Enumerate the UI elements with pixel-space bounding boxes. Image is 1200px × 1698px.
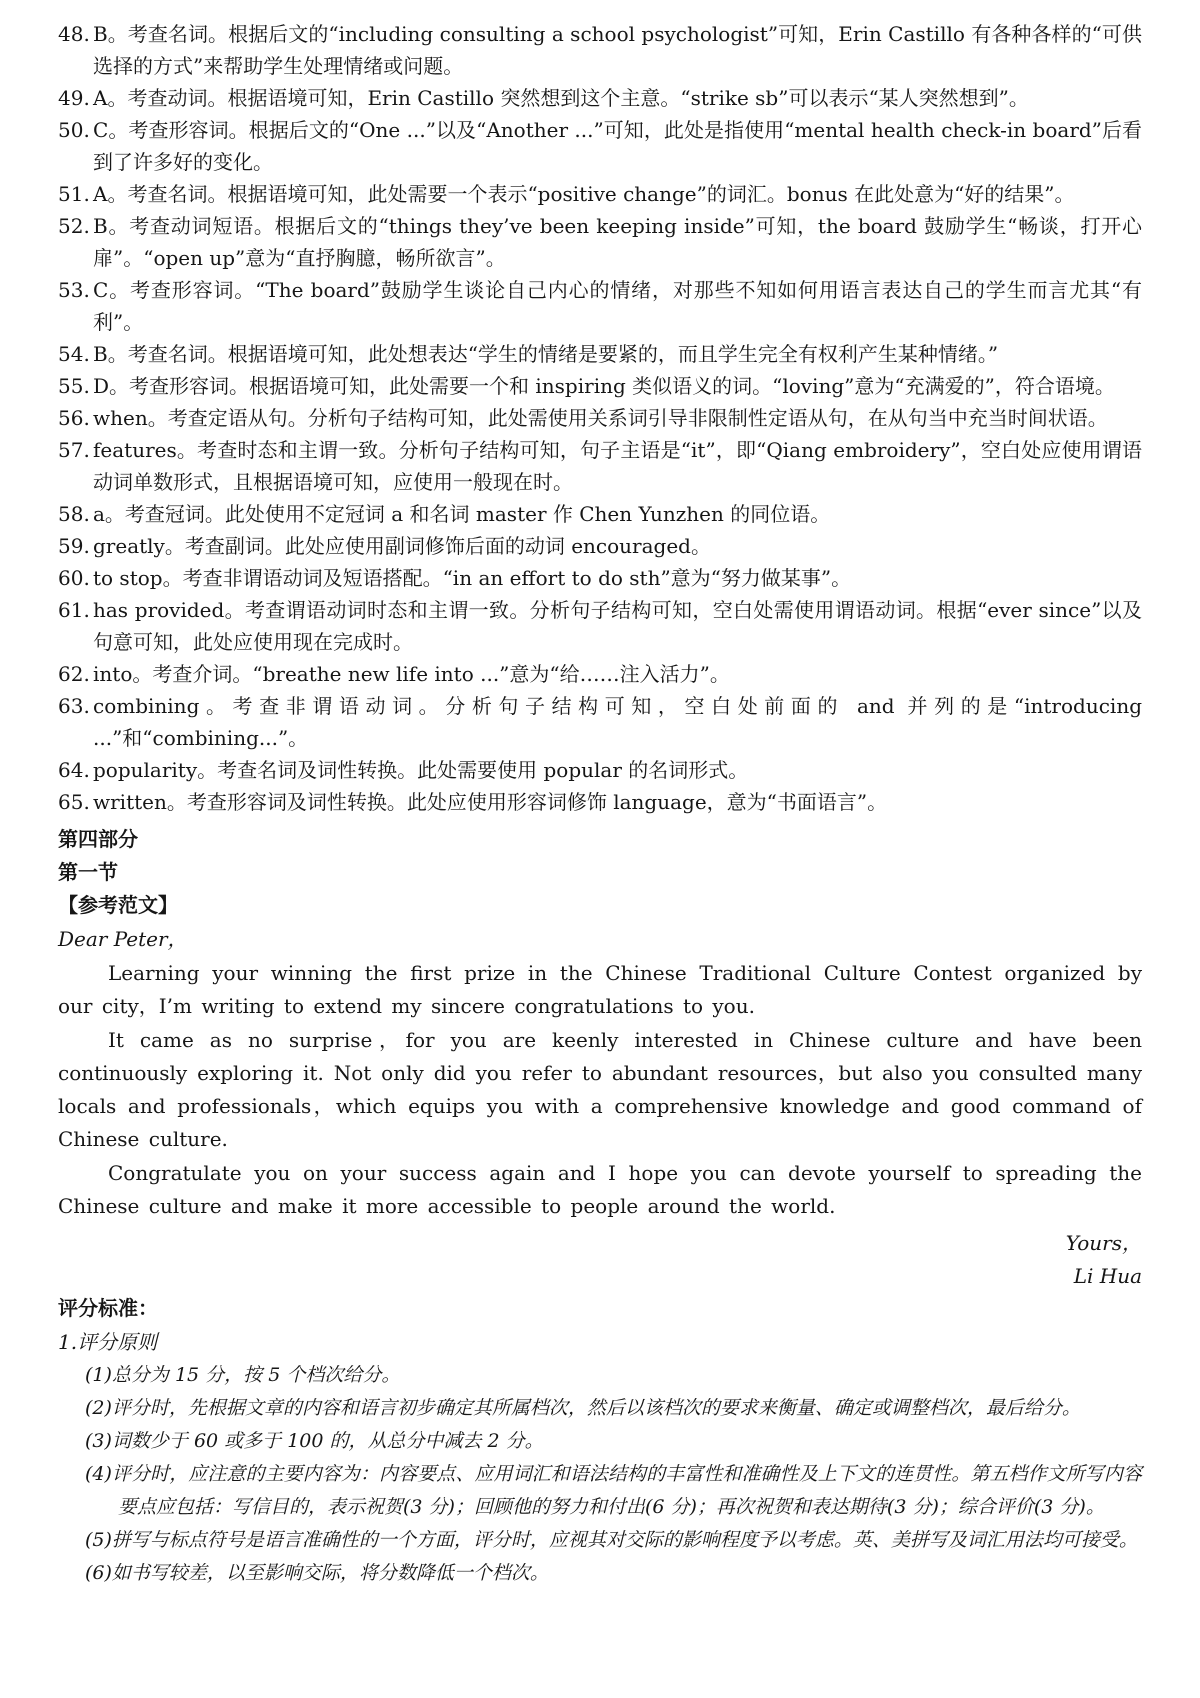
answer-text: has provided。考查谓语动词时态和主谓一致。分析句子结构可知，空白处需…: [93, 598, 1142, 654]
sample-essay-letter: Dear Peter， Learning your winning the fi…: [58, 923, 1142, 1293]
answer-item: 58.a。考查冠词。此处使用不定冠词 a 和名词 master 作 Chen Y…: [58, 498, 1142, 530]
answer-item: 59.greatly。考查副词。此处应使用副词修饰后面的动词 encourage…: [58, 530, 1142, 562]
scoring-item-5: (5)拼写与标点符号是语言准确性的一个方面，评分时，应视其对交际的影响程度予以考…: [85, 1524, 1142, 1557]
answer-text: B。考查名词。根据语境可知，此处想表达“学生的情绪是要紧的，而且学生完全有权利产…: [93, 342, 998, 366]
answer-text: a。考查冠词。此处使用不定冠词 a 和名词 master 作 Chen Yunz…: [93, 502, 830, 526]
answer-item: 61.has provided。考查谓语动词时态和主谓一致。分析句子结构可知，空…: [58, 594, 1142, 658]
answer-number: 62.: [58, 658, 93, 690]
answer-item: 56.when。考查定语从句。分析句子结构可知，此处需使用关系词引导非限制性定语…: [58, 402, 1142, 434]
answer-text: combining。考查非谓语动词。分析句子结构可知，空白处前面的 and 并列…: [93, 694, 1142, 750]
scoring-title: 评分标准：: [58, 1293, 1142, 1326]
answer-number: 48.: [58, 18, 93, 50]
answer-text: A。考查名词。根据语境可知，此处需要一个表示“positive change”的…: [93, 182, 1075, 206]
answer-text: B。考查动词短语。根据后文的“things they’ve been keepi…: [93, 214, 1142, 270]
answer-item: 53.C。考查形容词。“The board”鼓励学生谈论自己内心的情绪，对那些不…: [58, 274, 1142, 338]
letter-closing: Yours，: [58, 1227, 1142, 1260]
answer-text: into。考查介词。“breathe new life into ...”意为“…: [93, 662, 730, 686]
scoring-item-4: (4)评分时，应注意的主要内容为：内容要点、应用词汇和语法结构的丰富性和准确性及…: [85, 1458, 1142, 1524]
answer-item: 52.B。考查动词短语。根据后文的“things they’ve been ke…: [58, 210, 1142, 274]
answer-text: when。考查定语从句。分析句子结构可知，此处需使用关系词引导非限制性定语从句，…: [93, 406, 1108, 430]
answer-item: 54.B。考查名词。根据语境可知，此处想表达“学生的情绪是要紧的，而且学生完全有…: [58, 338, 1142, 370]
answer-text: popularity。考查名词及词性转换。此处需要使用 popular 的名词形…: [93, 758, 748, 782]
answer-text: C。考查形容词。根据后文的“One ...”以及“Another ...”可知，…: [93, 118, 1142, 174]
answer-text: to stop。考查非谓语动词及短语搭配。“in an effort to do…: [93, 566, 851, 590]
scoring-item-3: (3)词数少于 60 或多于 100 的，从总分中减去 2 分。: [85, 1425, 1142, 1458]
answer-text: C。考查形容词。“The board”鼓励学生谈论自己内心的情绪，对那些不知如何…: [93, 278, 1142, 334]
answer-item: 62.into。考查介词。“breathe new life into ...”…: [58, 658, 1142, 690]
answer-number: 58.: [58, 498, 93, 530]
scoring-principle-heading: 1.评分原则: [58, 1326, 1142, 1359]
answer-text: written。考查形容词及词性转换。此处应使用形容词修饰 language，意…: [93, 790, 887, 814]
answer-number: 50.: [58, 114, 93, 146]
letter-salutation: Dear Peter，: [58, 923, 1142, 956]
scoring-item-6: (6)如书写较差，以至影响交际，将分数降低一个档次。: [85, 1557, 1142, 1590]
answer-number: 64.: [58, 754, 93, 786]
answer-number: 63.: [58, 690, 93, 722]
answer-item: 49.A。考查动词。根据语境可知，Erin Castillo 突然想到这个主意。…: [58, 82, 1142, 114]
answer-number: 56.: [58, 402, 93, 434]
scoring-criteria: 评分标准： 1.评分原则 (1)总分为 15 分，按 5 个档次给分。 (2)评…: [58, 1293, 1142, 1590]
answer-item: 50.C。考查形容词。根据后文的“One ...”以及“Another ...”…: [58, 114, 1142, 178]
answer-number: 55.: [58, 370, 93, 402]
answer-number: 51.: [58, 178, 93, 210]
answer-text: greatly。考查副词。此处应使用副词修饰后面的动词 encouraged。: [93, 534, 711, 558]
answer-item: 51.A。考查名词。根据语境可知，此处需要一个表示“positive chang…: [58, 178, 1142, 210]
part-four-heading: 第四部分: [58, 824, 1142, 857]
answer-item: 55.D。考查形容词。根据语境可知，此处需要一个和 inspiring 类似语义…: [58, 370, 1142, 402]
answer-explanations-list: 48.B。考查名词。根据后文的“including consulting a s…: [58, 18, 1142, 818]
scoring-item-2: (2)评分时，先根据文章的内容和语言初步确定其所属档次，然后以该档次的要求来衡量…: [85, 1392, 1142, 1425]
answer-number: 61.: [58, 594, 93, 626]
answer-number: 49.: [58, 82, 93, 114]
answer-number: 60.: [58, 562, 93, 594]
sample-essay-label: 【参考范文】: [58, 890, 1142, 923]
answer-item: 60.to stop。考查非谓语动词及短语搭配。“in an effort to…: [58, 562, 1142, 594]
answer-number: 53.: [58, 274, 93, 306]
answer-number: 59.: [58, 530, 93, 562]
letter-paragraph-2: It came as no surprise，for you are keenl…: [58, 1024, 1142, 1156]
answer-text: D。考查形容词。根据语境可知，此处需要一个和 inspiring 类似语义的词。…: [93, 374, 1115, 398]
answer-text: features。考查时态和主谓一致。分析句子结构可知，句子主语是“it”，即“…: [93, 438, 1142, 494]
answer-number: 54.: [58, 338, 93, 370]
answer-item: 65.written。考查形容词及词性转换。此处应使用形容词修饰 languag…: [58, 786, 1142, 818]
answer-text: A。考查动词。根据语境可知，Erin Castillo 突然想到这个主意。“st…: [93, 86, 1029, 110]
answer-number: 52.: [58, 210, 93, 242]
scoring-item-1: (1)总分为 15 分，按 5 个档次给分。: [85, 1359, 1142, 1392]
letter-paragraph-3: Congratulate you on your success again a…: [58, 1157, 1142, 1223]
section-one-heading: 第一节: [58, 857, 1142, 890]
answer-item: 48.B。考查名词。根据后文的“including consulting a s…: [58, 18, 1142, 82]
answer-item: 64.popularity。考查名词及词性转换。此处需要使用 popular 的…: [58, 754, 1142, 786]
answer-text: B。考查名词。根据后文的“including consulting a scho…: [93, 22, 1142, 78]
letter-signature: Li Hua: [58, 1260, 1142, 1293]
answer-number: 57.: [58, 434, 93, 466]
answer-item: 57.features。考查时态和主谓一致。分析句子结构可知，句子主语是“it”…: [58, 434, 1142, 498]
answer-number: 65.: [58, 786, 93, 818]
answer-item: 63.combining。考查非谓语动词。分析句子结构可知，空白处前面的 and…: [58, 690, 1142, 754]
document-page: 48.B。考查名词。根据后文的“including consulting a s…: [0, 0, 1200, 1698]
letter-paragraph-1: Learning your winning the first prize in…: [58, 957, 1142, 1023]
